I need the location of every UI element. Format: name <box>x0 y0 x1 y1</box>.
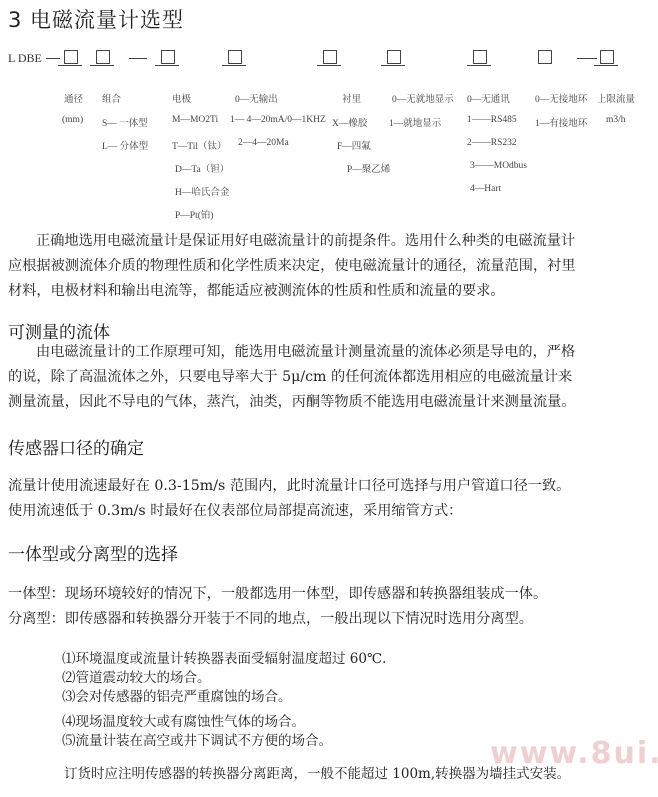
section-paragraph: 一体型：现场环境较好的情况下，一般都选用一体型，即传感器和转换器组装成一体。 分… <box>8 582 653 632</box>
lining-option: X—橡胶 <box>332 115 367 129</box>
list-item: ⑶会对传感器的铝壳严重腐蚀的场合。 <box>62 688 386 707</box>
code-box-diameter <box>64 50 78 64</box>
code-box-underline <box>222 65 246 66</box>
col-header-grounding: 0—无接地环 <box>535 91 587 105</box>
paragraph-line: 材料，电极材料和输出电流等，都能适应被测流体的性质和性质和流量的要求。 <box>8 279 653 304</box>
combination-option: S— 一体型 <box>102 115 148 129</box>
paragraph-line: 由电磁流量计的工作原理可知，能选用电磁流量计测量流量的流体必须是导电的，严格 <box>8 340 653 365</box>
communication-option: 2——RS232 <box>467 138 517 148</box>
col-header-electrode: 电极 <box>172 91 191 105</box>
model-code-prefix: L DBE <box>8 51 42 66</box>
diameter-unit: (mm) <box>62 115 83 125</box>
paragraph-line: 分离型：即传感器和转换器分开装于不同的地点，一般出现以下情况时选用分离型。 <box>8 607 653 632</box>
code-box-max-flow <box>600 50 614 64</box>
list-item: ⑴环境温度或流量计转换器表面受辐射温度超过 60℃. <box>62 650 386 669</box>
intro-paragraph: 正确地选用电磁流量计是保证用好电磁流量计的前提条件。选用什么种类的电磁流量计 应… <box>8 229 653 304</box>
paragraph-line: 应根据被测流体介质的物理性质和化学性质来决定，使电磁流量计的通径，流量范围，衬里 <box>8 254 653 279</box>
output-option: 1— 4—20mA/0—1KHZ <box>230 115 326 125</box>
display-option: 1—就地显示 <box>389 115 441 129</box>
combination-option: L— 分体型 <box>102 138 148 152</box>
code-box-lining <box>323 50 337 64</box>
paragraph-line: 正确地选用电磁流量计是保证用好电磁流量计的前提条件。选用什么种类的电磁流量计 <box>8 229 653 254</box>
code-dash <box>577 58 597 59</box>
code-box-underline <box>155 65 179 66</box>
code-box-underline <box>317 65 341 66</box>
code-box-underline <box>594 65 618 66</box>
code-box-output <box>228 50 242 64</box>
section-heading-sensor-diameter: 传感器口径的确定 <box>8 434 144 459</box>
page-title: 3 电磁流量计选型 <box>8 4 184 34</box>
code-dash <box>129 58 147 59</box>
col-header-display: 0—无就地显示 <box>392 91 454 105</box>
lining-option: F—四氟 <box>337 138 371 152</box>
code-box-underline <box>467 65 491 66</box>
communication-option: 1——RS485 <box>467 115 517 125</box>
section-heading-integral-vs-remote: 一体型或分离型的选择 <box>8 540 178 565</box>
code-dash <box>46 58 60 59</box>
col-header-output: 0—无输出 <box>235 91 278 105</box>
paragraph-line: 测量流量，因此不导电的气体，蒸汽，油类，丙酮等物质不能选用电磁流量计来测量流量。 <box>8 390 653 415</box>
output-option: 2—4—20Ma <box>238 138 289 148</box>
paragraph-line: 的说，除了高温流体之外，只要电导率大于 5μ/cm 的任何流体都选用相应的电磁流… <box>8 365 653 390</box>
conditions-list: ⑴环境温度或流量计转换器表面受辐射温度超过 60℃. ⑵管道震动较大的场合。 ⑶… <box>62 650 386 751</box>
max-flow-unit: m3/h <box>606 115 626 125</box>
col-header-communication: 0—无通讯 <box>467 91 510 105</box>
electrode-option: T—Til（钛） <box>172 138 227 152</box>
col-header-combination: 组合 <box>102 91 121 105</box>
electrode-option: P—Pt(铂) <box>175 207 214 221</box>
section-paragraph: 由电磁流量计的工作原理可知，能选用电磁流量计测量流量的流体必须是导电的，严格 的… <box>8 340 653 415</box>
paragraph-line: 流量计使用流速最好在 0.3-15m/s 范围内，此时流量计口径可选择与用户管道… <box>8 474 653 499</box>
grounding-option: 1—有接地环 <box>535 115 587 129</box>
order-note: 订货时应注明传感器的转换器分离距离，一般不能超过 100m,转换器为墙挂式安装。 <box>64 762 658 787</box>
electrode-option: H—哈氏合金 <box>175 184 229 198</box>
code-box-underline <box>381 65 405 66</box>
list-item: ⑷现场温度较大或有腐蚀性气体的场合。 <box>62 713 386 732</box>
code-box-display <box>387 50 401 64</box>
lining-option: P—聚乙烯 <box>347 161 390 175</box>
code-box-electrode <box>161 50 175 64</box>
col-header-diameter: 通径 <box>64 91 83 105</box>
electrode-option: M—MO2Ti <box>172 115 218 125</box>
code-box-grounding <box>538 50 552 64</box>
col-header-max-flow: 上限流量 <box>597 91 635 105</box>
paragraph-line: 一体型：现场环境较好的情况下，一般都选用一体型，即传感器和转换器组装成一体。 <box>8 582 653 607</box>
communication-option: 3——MOdbus <box>470 161 527 171</box>
code-box-underline <box>90 65 114 66</box>
col-header-lining: 衬里 <box>342 91 361 105</box>
code-box-combination <box>96 50 110 64</box>
paragraph-line: 使用流速低于 0.3m/s 时最好在仪表部位局部提高流速，采用缩管方式： <box>8 499 653 524</box>
communication-option: 4—Hart <box>470 184 501 194</box>
section-paragraph: 流量计使用流速最好在 0.3-15m/s 范围内，此时流量计口径可选择与用户管道… <box>8 474 653 524</box>
electrode-option: D—Ta（钽） <box>175 161 229 175</box>
list-item: ⑵管道震动较大的场合。 <box>62 669 386 688</box>
code-box-communication <box>473 50 487 64</box>
list-item: ⑸流量计装在高空或井下调试不方便的场合。 <box>62 732 386 751</box>
code-box-underline <box>58 65 82 66</box>
